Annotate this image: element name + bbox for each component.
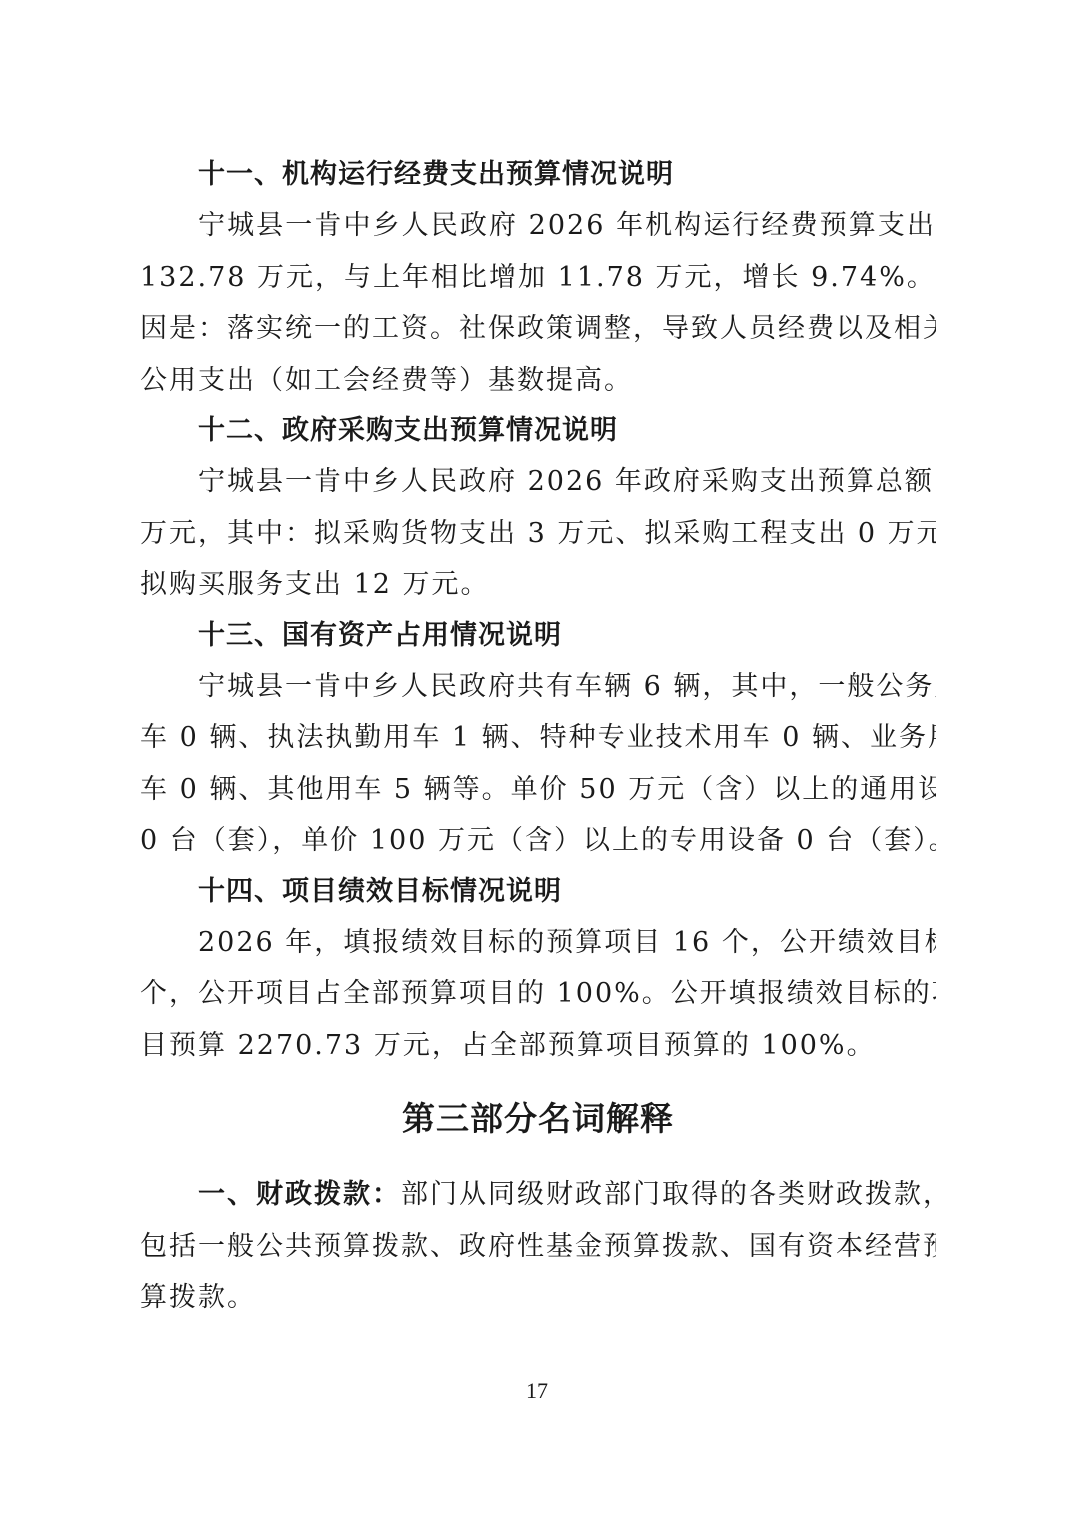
paragraph-line: 0 台（套），单价 100 万元（含）以上的专用设备 0 台（套）。 <box>140 815 936 867</box>
paragraph-line: 一、财政拨款：部门从同级财政部门取得的各类财政拨款， <box>140 1169 936 1221</box>
section-11: 十一、机构运行经费支出预算情况说明 宁城县一肯中乡人民政府 2026 年机构运行… <box>140 150 936 406</box>
paragraph-line: 算拨款。 <box>140 1272 936 1324</box>
section-paragraph: 宁城县一肯中乡人民政府共有车辆 6 辆，其中，一般公务用 车 0 辆、执法执勤用… <box>140 661 936 867</box>
section-14: 十四、项目绩效目标情况说明 2026 年，填报绩效目标的预算项目 16 个，公开… <box>140 867 936 1072</box>
paragraph-line: 拟购买服务支出 12 万元。 <box>140 559 936 611</box>
paragraph-line: 因是：落实统一的工资。社保政策调整，导致人员经费以及相关 <box>140 303 936 355</box>
definition-term: 一、财政拨款： <box>198 1179 401 1210</box>
paragraph-line: 个，公开项目占全部预算项目的 100%。公开填报绩效目标的项 <box>140 968 936 1020</box>
paragraph-line: 包括一般公共预算拨款、政府性基金预算拨款、国有资本经营预 <box>140 1221 936 1273</box>
section-paragraph: 宁城县一肯中乡人民政府 2026 年机构运行经费预算支出 132.78 万元，与… <box>140 200 936 406</box>
section-heading: 十四、项目绩效目标情况说明 <box>140 867 936 917</box>
section-heading: 十三、国有资产占用情况说明 <box>140 611 936 661</box>
paragraph-line: 2026 年，填报绩效目标的预算项目 16 个，公开绩效目标 16 <box>140 917 936 969</box>
paragraph-line: 万元，其中：拟采购货物支出 3 万元、拟采购工程支出 0 万元、 <box>140 508 936 560</box>
page-number: 17 <box>0 1378 1074 1404</box>
paragraph-line: 目预算 2270.73 万元，占全部预算项目预算的 100%。 <box>140 1020 936 1072</box>
definition-paragraph: 一、财政拨款：部门从同级财政部门取得的各类财政拨款， 包括一般公共预算拨款、政府… <box>140 1169 936 1324</box>
paragraph-line: 公用支出（如工会经费等）基数提高。 <box>140 355 936 407</box>
document-page: 十一、机构运行经费支出预算情况说明 宁城县一肯中乡人民政府 2026 年机构运行… <box>140 150 936 1324</box>
paragraph-line: 宁城县一肯中乡人民政府 2026 年政府采购支出预算总额 15 <box>140 456 936 508</box>
part-title: 第三部分名词解释 <box>140 1089 936 1149</box>
section-heading: 十一、机构运行经费支出预算情况说明 <box>140 150 936 200</box>
section-12: 十二、政府采购支出预算情况说明 宁城县一肯中乡人民政府 2026 年政府采购支出… <box>140 406 936 611</box>
section-paragraph: 2026 年，填报绩效目标的预算项目 16 个，公开绩效目标 16 个，公开项目… <box>140 917 936 1072</box>
definition-1: 一、财政拨款：部门从同级财政部门取得的各类财政拨款， 包括一般公共预算拨款、政府… <box>140 1169 936 1324</box>
paragraph-line: 宁城县一肯中乡人民政府 2026 年机构运行经费预算支出 <box>140 200 936 252</box>
paragraph-line: 车 0 辆、其他用车 5 辆等。单价 50 万元（含）以上的通用设备 <box>140 764 936 816</box>
definition-text: 部门从同级财政部门取得的各类财政拨款， <box>401 1179 936 1210</box>
paragraph-line: 132.78 万元，与上年相比增加 11.78 万元，增长 9.74%。主要原 <box>140 252 936 304</box>
section-heading: 十二、政府采购支出预算情况说明 <box>140 406 936 456</box>
section-paragraph: 宁城县一肯中乡人民政府 2026 年政府采购支出预算总额 15 万元，其中：拟采… <box>140 456 936 611</box>
paragraph-line: 宁城县一肯中乡人民政府共有车辆 6 辆，其中，一般公务用 <box>140 661 936 713</box>
section-13: 十三、国有资产占用情况说明 宁城县一肯中乡人民政府共有车辆 6 辆，其中，一般公… <box>140 611 936 867</box>
paragraph-line: 车 0 辆、执法执勤用车 1 辆、特种专业技术用车 0 辆、业务用 <box>140 712 936 764</box>
